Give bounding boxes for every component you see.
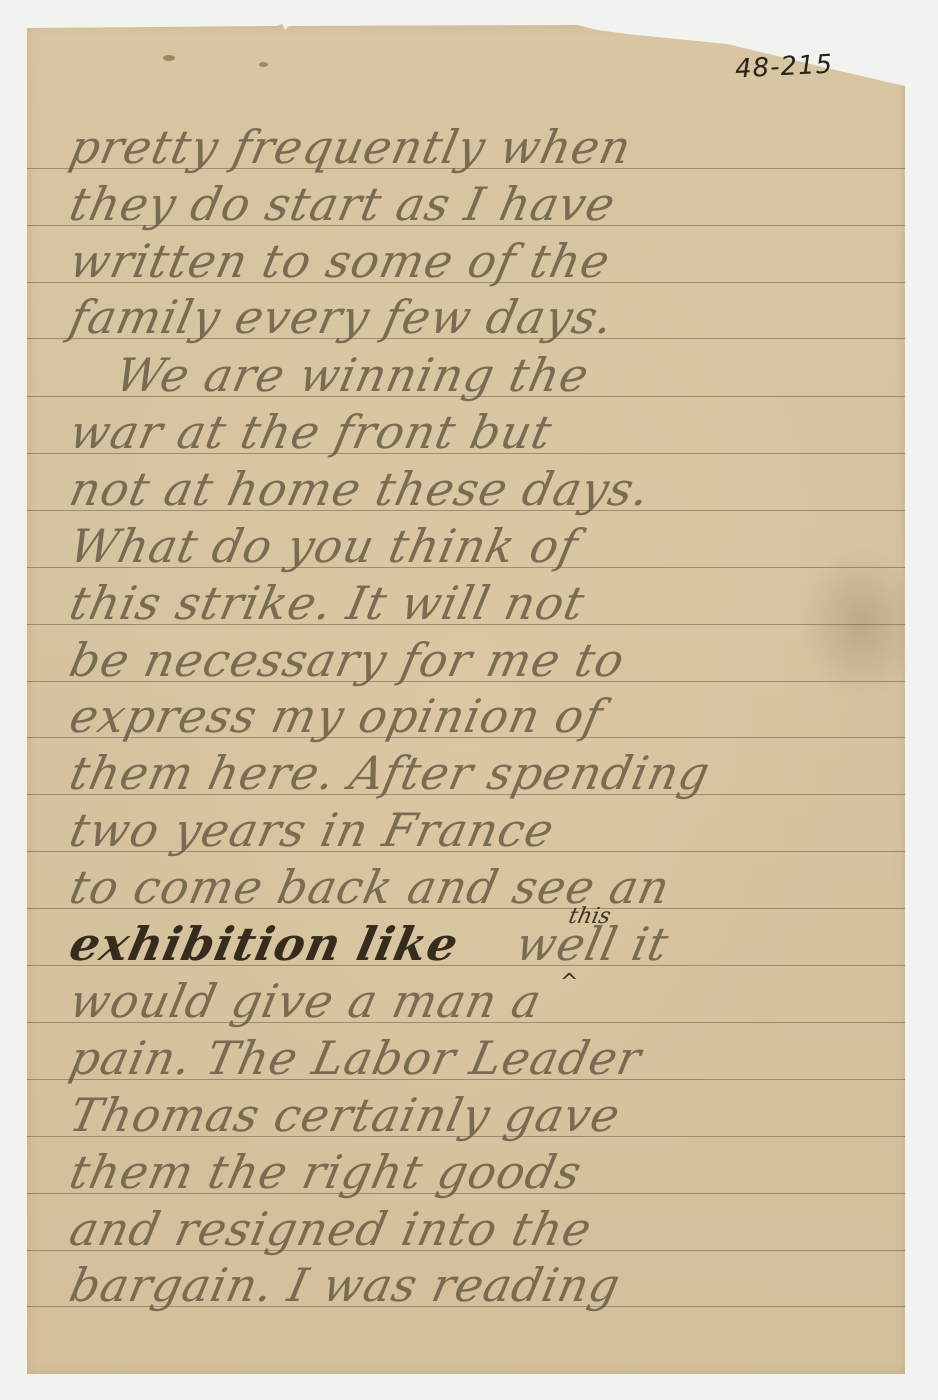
handwritten-line: be necessary for me to bbox=[65, 633, 630, 687]
handwritten-line: this strike. It will not bbox=[65, 576, 590, 630]
paper-blemish bbox=[259, 62, 268, 67]
handwritten-line: bargain. I was reading bbox=[65, 1258, 625, 1312]
letter-page: pretty frequently when they do start as … bbox=[27, 24, 905, 1374]
handwritten-line: express my opinion of bbox=[65, 689, 608, 743]
insertion-caret: ^ bbox=[560, 970, 578, 995]
handwritten-line: pain. The Labor Leader bbox=[65, 1031, 647, 1085]
handwritten-line: war at the front but bbox=[65, 405, 557, 459]
handwritten-line: We are winning the bbox=[111, 348, 594, 402]
handwritten-line: What do you think of bbox=[65, 519, 583, 573]
handwritten-line: not at home these days. bbox=[65, 462, 655, 516]
handwritten-line: would give a man a bbox=[65, 974, 547, 1028]
paper-blemish bbox=[163, 55, 175, 61]
dark-ink-words: exhibition like bbox=[65, 917, 464, 971]
handwritten-line: family every few days. bbox=[65, 290, 619, 344]
handwritten-line: them here. After spending bbox=[65, 746, 715, 800]
scanned-document: pretty frequently when they do start as … bbox=[0, 0, 938, 1400]
handwritten-line: pretty frequently when bbox=[65, 120, 637, 174]
handwritten-line: they do start as I have bbox=[65, 177, 621, 231]
handwritten-line: written to some of the bbox=[65, 234, 615, 288]
handwritten-line: two years in France bbox=[65, 803, 559, 857]
catalog-number: 48-215 bbox=[734, 49, 834, 84]
handwritten-line: them the right goods bbox=[65, 1145, 587, 1199]
inserted-word: this bbox=[566, 904, 613, 929]
handwritten-line: Thomas certainly gave bbox=[65, 1088, 625, 1142]
handwritten-line: and resigned into the bbox=[65, 1202, 597, 1256]
